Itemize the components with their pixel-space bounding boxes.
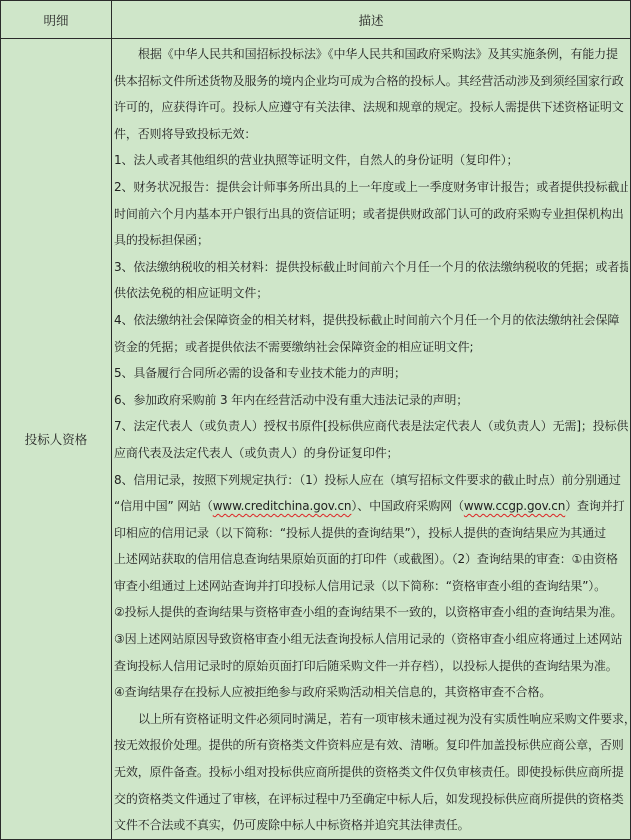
description-line: 按无效报价处理。提供的所有资格类文件资料应是有效、清晰。复印件加盖投标供应商公章… <box>114 732 628 759</box>
description-line: 应商代表及法定代表人（或负责人）的身份证复印件； <box>114 440 628 467</box>
description-line: 审查小组通过上述网站查询并打印投标人信用记录（以下简称：“资格审查小组的查询结果… <box>114 573 628 600</box>
description-line: 许可的，应获得许可。投标人应遵守有关法律、法规和规章的规定。投标人需提供下述资格… <box>114 94 628 121</box>
description-line: ④查询结果存在投标人应被拒绝参与政府采购活动相关信息的，其资格审查不合格。 <box>114 679 628 706</box>
description-line: 文件不合法或不真实，仍可废除中标人中标资格并追究其法律责任。 <box>114 812 628 834</box>
description-line: 上述网站获取的信用信息查询结果原始页面的打印件（或截图）。（2）查询结果的审查：… <box>114 546 628 573</box>
description-line: 2、财务状况报告：提供会计师事务所出具的上一年度或上一季度财务审计报告；或者提供… <box>114 174 628 201</box>
description-line: 6、参加政府采购前 3 年内在经营活动中没有重大违法记录的声明； <box>114 387 628 414</box>
row-description: 根据《中华人民共和国招标投标法》《中华人民共和国政府采购法》及其实施条例，有能力… <box>112 39 631 835</box>
description-line: 7、法定代表人（或负责人）授权书原件[投标供应商代表是法定代表人（或负责人）无需… <box>114 413 628 440</box>
description-line: 交的资格类文件通过了审核，在评标过程中乃至确定中标人后，如发现投标供应商所提供的… <box>114 786 628 813</box>
description-line: 查询投标人信用记录时的原始页面打印后随采购文件一并存档），以投标人提供的查询结果… <box>114 653 628 680</box>
description-line: 供本招标文件所述货物及服务的境内企业均可成为合格的投标人。其经营活动涉及到须经国… <box>114 68 628 95</box>
description-line: 8、信用记录，按照下列规定执行：（1）投标人应在（填写招标文件要求的截止时点）前… <box>114 467 628 494</box>
description-line: 时间前六个月内基本开户银行出具的资信证明；或者提供财政部门认可的政府采购专业担保… <box>114 201 628 228</box>
row-label: 投标人资格 <box>1 39 112 835</box>
description-line: 根据《中华人民共和国招标投标法》《中华人民共和国政府采购法》及其实施条例，有能力… <box>114 41 628 68</box>
description-text: 根据《中华人民共和国招标投标法》《中华人民共和国政府采购法》及其实施条例，有能力… <box>114 41 628 834</box>
description-line: 件，否则将导致投标无效： <box>114 121 628 148</box>
description-line: 4、依法缴纳社会保障资金的相关材料，提供投标截止时间前六个月任一个月的依法缴纳社… <box>114 307 628 334</box>
description-line: 5、具备履行合同所必需的设备和专业技术能力的声明； <box>114 360 628 387</box>
url-text: www.ccgp.gov.cn <box>464 499 565 513</box>
line-text: ）、中国政府采购网（ <box>351 499 464 513</box>
description-line: 资金的凭据；或者提供依法不需要缴纳社会保障资金的相应证明文件; <box>114 334 628 361</box>
table-row: 投标人资格 根据《中华人民共和国招标投标法》《中华人民共和国政府采购法》及其实施… <box>1 39 631 835</box>
line-text: “信用中国” 网站（ <box>114 499 213 513</box>
url-text: www.creditchina.gov.cn <box>213 499 352 513</box>
description-line: ②投标人提供的查询结果与资格审查小组的查询结果不一致的，以资格审查小组的查询结果… <box>114 599 628 626</box>
description-line: “信用中国” 网站（www.creditchina.gov.cn）、中国政府采购… <box>114 493 628 520</box>
description-line: 3、依法缴纳税收的相关材料：提供投标截止时间前六个月任一个月的依法缴纳税收的凭据… <box>114 254 628 281</box>
description-line: 无效，原件备查。投标小组对投标供应商所提供的资格类文件仅负审核责任。即使投标供应… <box>114 759 628 786</box>
qualification-table: 明细 描述 投标人资格 根据《中华人民共和国招标投标法》《中华人民共和国政府采购… <box>0 0 631 834</box>
header-detail: 明细 <box>1 1 112 39</box>
description-line: ③因上述网站原因导致资格审查小组无法查询投标人信用记录的（资格审查小组应将通过上… <box>114 626 628 653</box>
description-line: 1、法人或者其他组织的营业执照等证明文件，自然人的身份证明（复印件）； <box>114 147 628 174</box>
header-row: 明细 描述 <box>1 1 631 39</box>
description-line: 具的投标担保函； <box>114 227 628 254</box>
header-description: 描述 <box>112 1 631 39</box>
description-line: 以上所有资格证明文件必须同时满足，若有一项审核未通过视为没有实质性响应采购文件要… <box>114 706 628 733</box>
description-line: 印相应的信用记录（以下简称：“投标人提供的查询结果”），投标人提供的查询结果应为… <box>114 520 628 547</box>
line-text: ）查询并打 <box>565 499 624 513</box>
description-line: 供依法免税的相应证明文件； <box>114 280 628 307</box>
